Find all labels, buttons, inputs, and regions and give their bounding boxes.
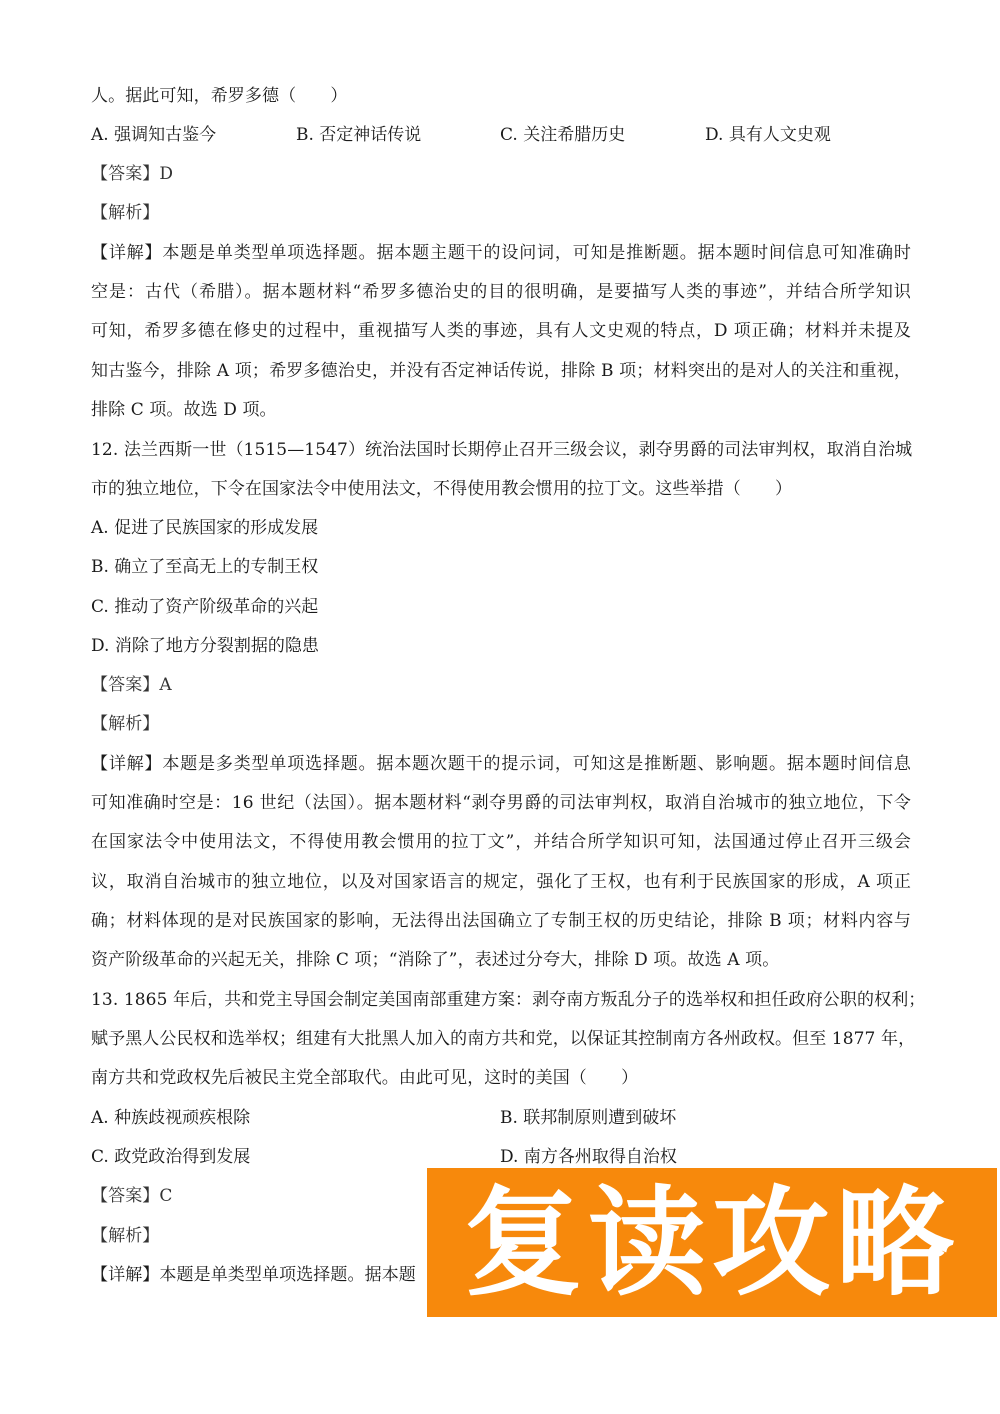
q11-detail-line: 空是：古代（希腊）。据本题材料“希罗多德治史的目的很明确，是要描写人类的事迹”，… bbox=[91, 280, 911, 304]
q12-detail-line: 资产阶级革命的兴起无关，排除 C 项；“消除了”，表述过分夸大，排除 D 项。故… bbox=[91, 948, 911, 972]
q12-detail-line: 在国家法令中使用法文，不得使用教会惯用的拉丁文”，并结合所学知识可知，法国通过停… bbox=[91, 830, 911, 854]
q12-stem-line: 市的独立地位，下令在国家法令中使用法文，不得使用教会惯用的拉丁文。这些举措（ ） bbox=[91, 477, 911, 501]
q12-detail-line: 可知准确时空是：16 世纪（法国）。据本题材料“剥夺男爵的司法审判权，取消自治城… bbox=[91, 791, 911, 815]
q11-option-d: D. 具有人文史观 bbox=[705, 123, 831, 147]
q11-option-b: B. 否定神话传说 bbox=[296, 123, 421, 147]
q12-stem-line: 12. 法兰西斯一世（1515—1547）统治法国时长期停止召开三级会议，剥夺男… bbox=[91, 438, 911, 462]
q11-option-a: A. 强调知古鉴今 bbox=[91, 123, 216, 147]
q12-answer: 【答案】A bbox=[91, 673, 911, 697]
q12-detail-line: 议，取消自治城市的独立地位，以及对国家语言的规定，强化了王权，也有利于民族国家的… bbox=[91, 870, 911, 894]
q12-option-c: C. 推动了资产阶级革命的兴起 bbox=[91, 595, 318, 619]
q12-option-b: B. 确立了至高无上的专制王权 bbox=[91, 555, 318, 579]
q11-answer: 【答案】D bbox=[91, 162, 911, 186]
q11-detail-line: 【详解】本题是单类型单项选择题。据本题主题干的设问词，可知是推断题。据本题时间信… bbox=[91, 241, 911, 265]
watermark-text: 复读攻略 bbox=[464, 1184, 960, 1302]
watermark-banner: 复读攻略 bbox=[427, 1168, 997, 1317]
q13-option-a: A. 种族歧视顽疾根除 bbox=[91, 1106, 250, 1130]
q11-detail-line: 排除 C 项。故选 D 项。 bbox=[91, 398, 911, 422]
q12-detail-line: 【详解】本题是多类型单项选择题。据本题次题干的提示词，可知这是推断题、影响题。据… bbox=[91, 752, 911, 776]
q12-detail-line: 确；材料体现的是对民族国家的影响，无法得出法国确立了专制王权的历史结论，排除 B… bbox=[91, 909, 911, 933]
q11-detail-line: 可知，希罗多德在修史的过程中，重视描写人类的事迹，具有人文史观的特点，D 项正确… bbox=[91, 319, 911, 343]
q11-detail-line: 知古鉴今，排除 A 项；希罗多德治史，并没有否定神话传说，排除 B 项；材料突出… bbox=[91, 359, 911, 383]
q13-option-c: C. 政党政治得到发展 bbox=[91, 1145, 250, 1169]
q12-option-a: A. 促进了民族国家的形成发展 bbox=[91, 516, 318, 540]
q12-analysis-label: 【解析】 bbox=[91, 712, 911, 736]
q12-option-d: D. 消除了地方分裂割据的隐患 bbox=[91, 634, 319, 658]
q13-stem-line: 赋予黑人公民权和选举权；组建有大批黑人加入的南方共和党，以保证其控制南方各州政权… bbox=[91, 1027, 911, 1051]
q11-option-c: C. 关注希腊历史 bbox=[500, 123, 625, 147]
q13-option-d: D. 南方各州取得自治权 bbox=[500, 1145, 677, 1169]
q13-stem-line: 南方共和党政权先后被民主党全部取代。由此可见，这时的美国（ ） bbox=[91, 1066, 911, 1090]
q11-stem-tail: 人。据此可知，希罗多德（ ） bbox=[91, 84, 911, 108]
q13-option-b: B. 联邦制原则遭到破坏 bbox=[500, 1106, 676, 1130]
q11-analysis-label: 【解析】 bbox=[91, 201, 911, 225]
q13-stem-line: 13. 1865 年后，共和党主导国会制定美国南部重建方案：剥夺南方叛乱分子的选… bbox=[91, 988, 911, 1012]
